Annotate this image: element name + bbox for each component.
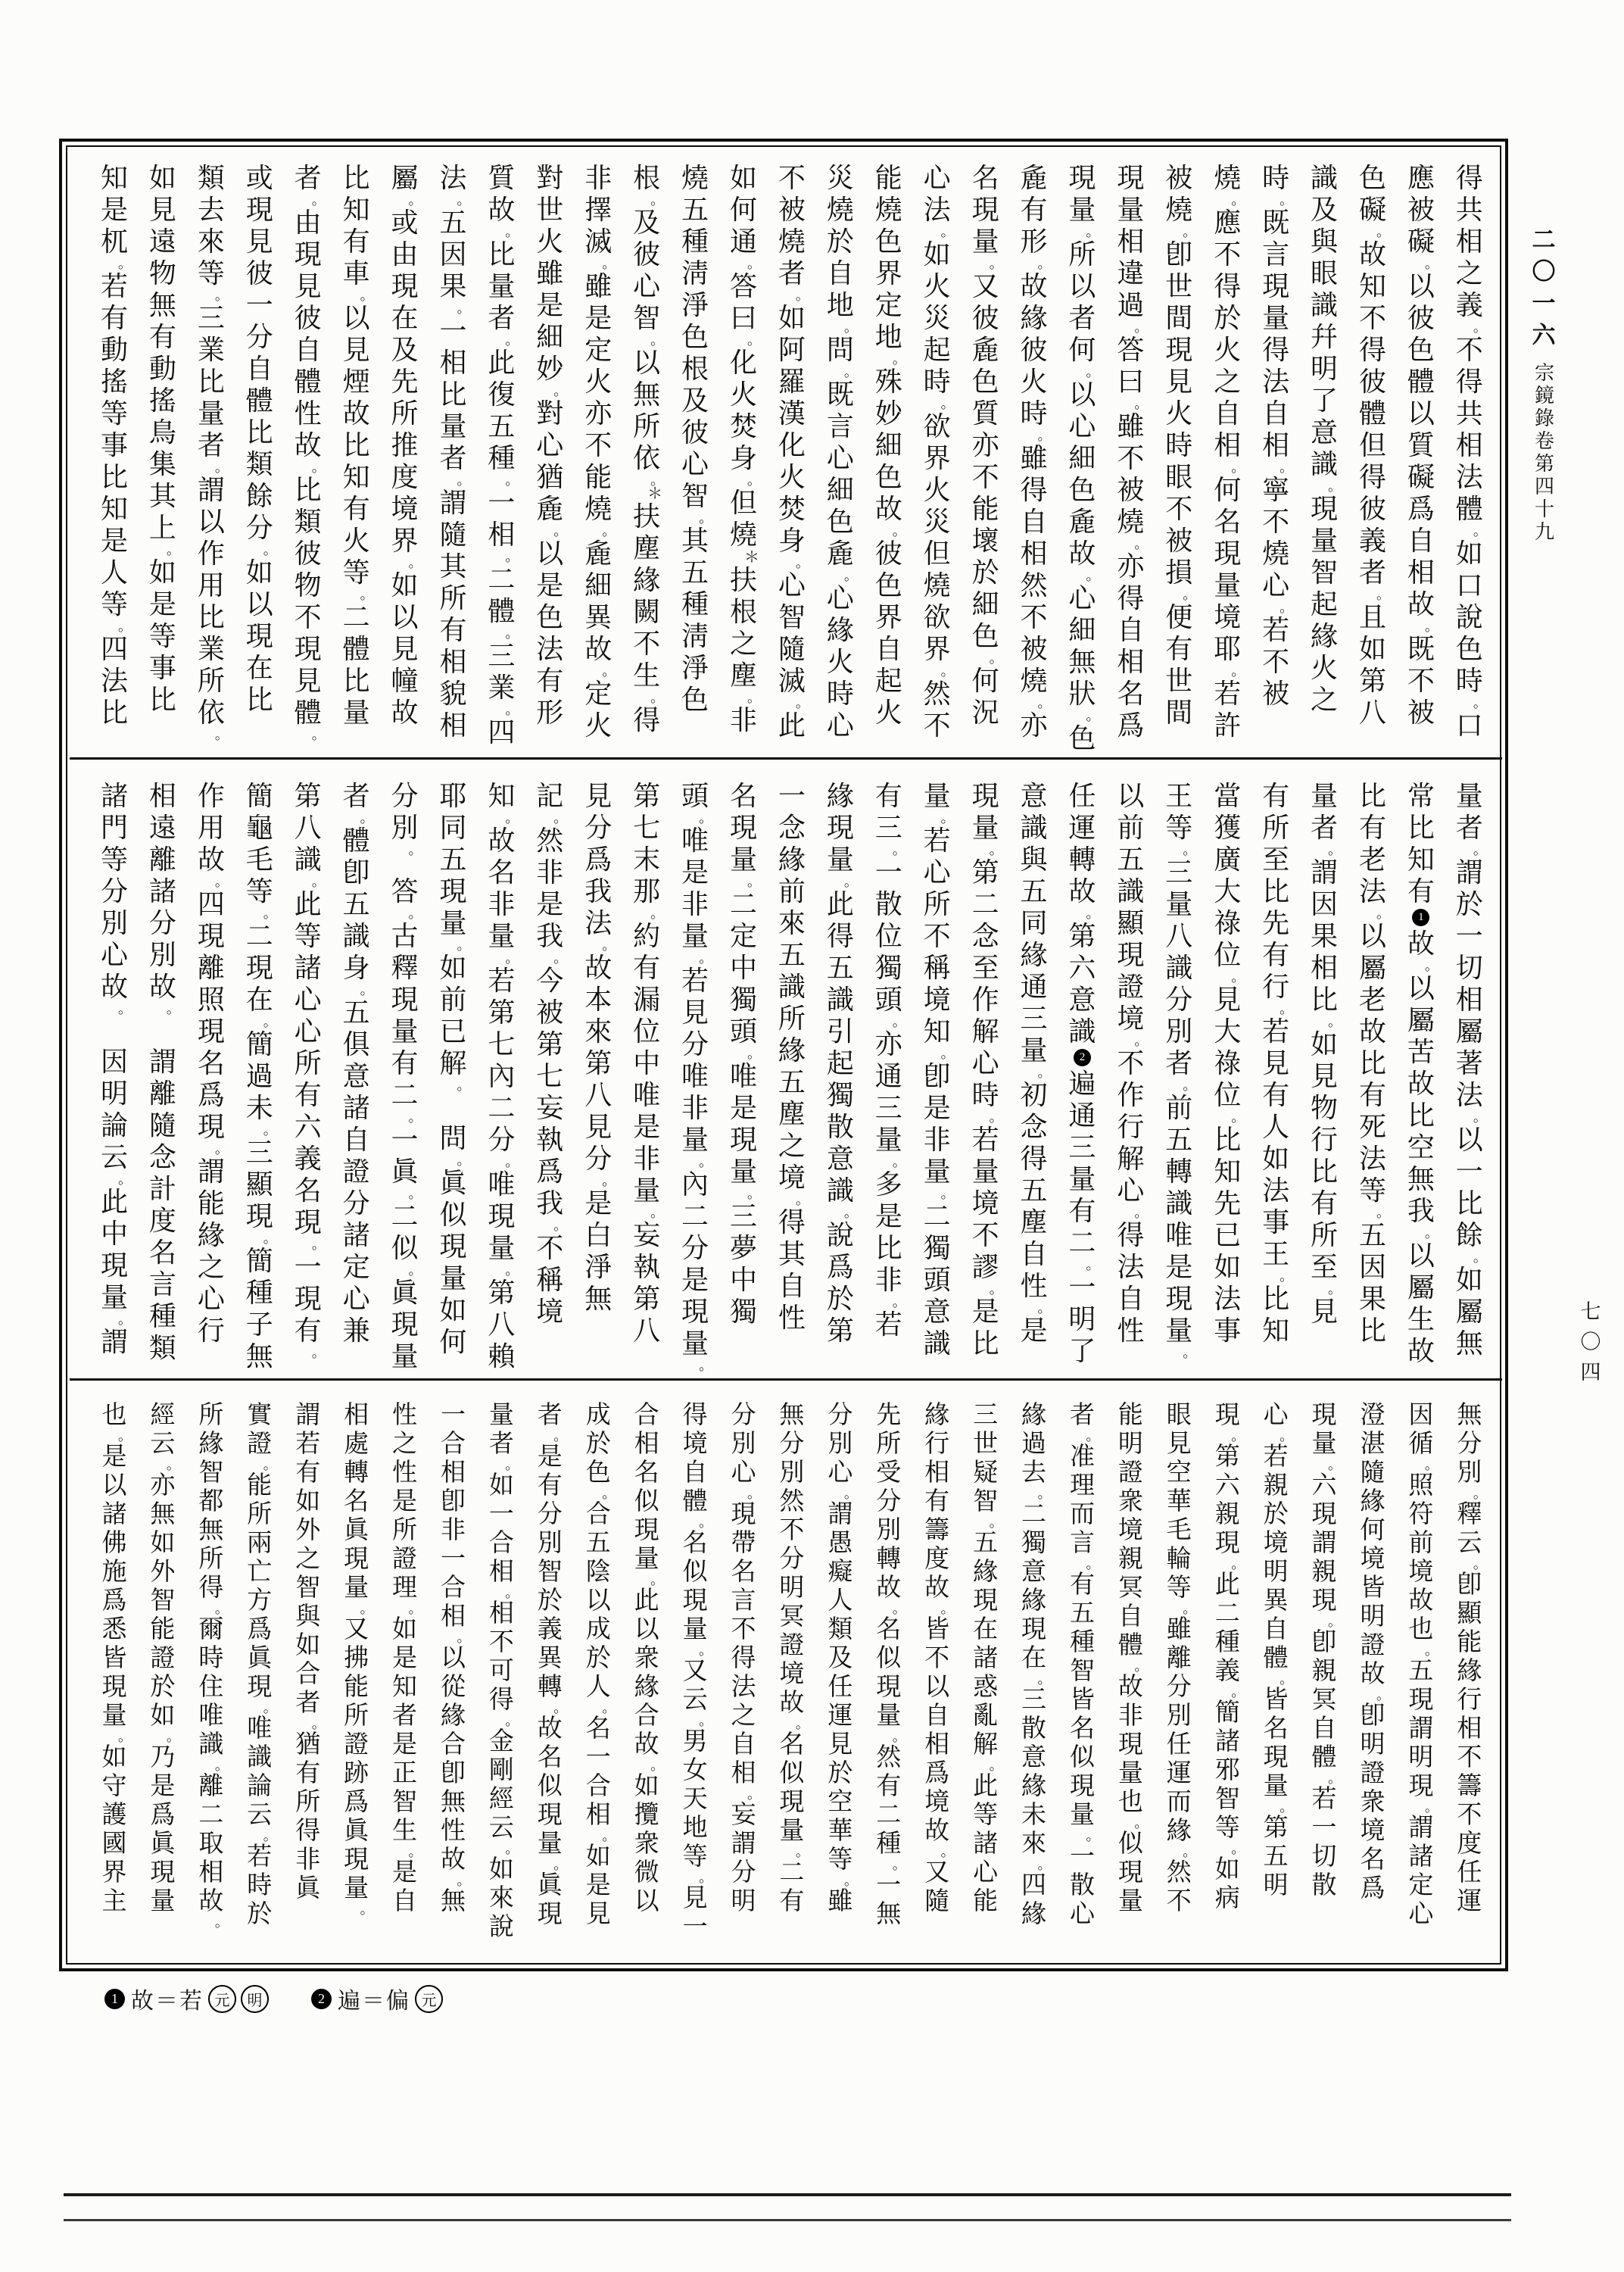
glyph: 能 (872, 162, 906, 194)
glyph: 散 (1308, 1871, 1341, 1900)
glyph: 自 (921, 1702, 954, 1731)
glyph: 細 (1065, 442, 1099, 474)
glyph: 燒 (1018, 665, 1051, 697)
glyph: 無 (436, 1887, 469, 1916)
punctuation: 。 (360, 289, 374, 302)
glyph: 是 (388, 1858, 422, 1887)
glyph: 來 (581, 1016, 615, 1047)
footnote-ref-mark: 1 (1412, 909, 1429, 926)
glyph: 量 (1308, 1430, 1341, 1459)
glyph: 見 (1259, 1047, 1292, 1079)
glyph: 若 (243, 1843, 276, 1871)
glyph: 義 (291, 1143, 325, 1175)
punctuation: 。 (312, 1718, 326, 1731)
text-column: 應被礙。以彼色體以質礙爲自相故。既不被 (1398, 162, 1445, 754)
punctuation: 。 (505, 1264, 519, 1277)
glyph: 種 (146, 1300, 179, 1332)
glyph: 其 (436, 551, 469, 582)
punctuation: 。 (1376, 588, 1390, 601)
text-column: 見分爲我法。故本來第八見分。是白淨無 (575, 780, 622, 1372)
glyph: 化 (775, 429, 809, 461)
glyph: 燒 (727, 519, 760, 551)
glyph: 現 (388, 1309, 422, 1340)
glyph: 籌 (1453, 1772, 1486, 1801)
glyph: 如 (388, 570, 422, 601)
text-column: 如見遠物無有動搖鳥集其上。如是等事比 (139, 162, 186, 754)
glyph: 於 (1453, 888, 1486, 920)
glyph: 有 (98, 302, 131, 334)
glyph: 此 (775, 710, 809, 741)
text-column: 如何通。答曰。化火焚身。但燒＊扶根之塵。非 (720, 162, 767, 754)
glyph: 境 (1404, 1558, 1438, 1587)
glyph: 業 (195, 334, 228, 366)
glyph: 火 (921, 270, 954, 302)
glyph: 合 (436, 1574, 469, 1603)
register-divider-rule (70, 1378, 1502, 1381)
glyph: 自 (1404, 525, 1438, 557)
glyph: 云 (1453, 1529, 1486, 1558)
glyph: 五 (969, 1529, 1002, 1558)
glyph: 七 (533, 1060, 566, 1092)
glyph: 色 (969, 620, 1002, 652)
glyph: 塵 (1018, 1206, 1051, 1238)
glyph: 用 (195, 812, 228, 844)
glyph: 一 (872, 857, 906, 888)
glyph: 八 (485, 1309, 518, 1340)
glyph: 心 (1065, 410, 1099, 442)
text-column: 比有老法。以屬老故比有死法等。五因果比 (1349, 780, 1396, 1372)
glyph: 爲 (1356, 1874, 1389, 1903)
glyph: 非 (678, 1092, 712, 1124)
glyph: 有 (1356, 1079, 1389, 1111)
glyph: 比 (436, 379, 469, 410)
glyph: 意 (1308, 417, 1341, 448)
punctuation: 。 (1134, 1035, 1148, 1047)
punctuation: 。 (990, 844, 1003, 857)
glyph: 運 (1162, 1759, 1195, 1788)
glyph: 現 (1114, 162, 1147, 194)
glyph: 災 (921, 302, 954, 334)
glyph: 二 (775, 1858, 809, 1887)
punctuation: 。 (1473, 1111, 1487, 1124)
glyph: 麁 (824, 538, 857, 570)
glyph: 空 (1404, 1131, 1438, 1163)
glyph: 第 (485, 1277, 518, 1309)
text-column: 得共相之義。不得共相法體。如口說色時。口 (1446, 162, 1493, 754)
glyph: 量 (1259, 302, 1292, 334)
punctuation: 。 (360, 1603, 374, 1615)
glyph: 籌 (921, 1516, 954, 1545)
glyph: 謂 (195, 1156, 228, 1187)
punctuation: 。 (990, 1283, 1003, 1296)
punctuation: 。 (409, 194, 422, 207)
glyph: 謂 (195, 474, 228, 506)
glyph: 搖 (98, 366, 131, 398)
glyph: 一 (775, 780, 809, 812)
glyph: 來 (1018, 1830, 1051, 1858)
glyph: 二 (872, 1801, 906, 1830)
glyph: 受 (872, 1459, 906, 1487)
glyph: 三 (1162, 857, 1195, 888)
glyph: 無 (436, 1788, 469, 1817)
glyph: 色 (824, 506, 857, 538)
glyph: 復 (485, 379, 518, 410)
glyph: 現 (1065, 1772, 1099, 1801)
glyph: 分 (678, 1232, 712, 1264)
punctuation: 。 (553, 1219, 567, 1232)
glyph: 自 (1259, 398, 1292, 429)
glyph: 是 (98, 194, 131, 226)
footnote-item: 2遍＝偏元 (311, 1982, 443, 2015)
text-column: 心。若親於境明異自體。皆名現量。第五明 (1252, 1401, 1299, 1943)
glyph: 一 (291, 1251, 325, 1283)
glyph: 獨 (824, 1079, 857, 1111)
glyph: 皆 (1065, 1686, 1099, 1715)
glyph: 云 (146, 1430, 179, 1459)
glyph: 見 (1162, 366, 1195, 398)
glyph: 分 (243, 512, 276, 544)
glyph: 現 (388, 270, 422, 302)
glyph: 被 (1162, 525, 1195, 557)
glyph: 一 (1308, 1814, 1341, 1843)
glyph: 隨 (146, 1109, 179, 1141)
glyph: 自 (291, 334, 325, 366)
glyph: 親 (1259, 1471, 1292, 1500)
glyph: 爾 (195, 1615, 228, 1644)
glyph: 三 (1065, 1131, 1099, 1163)
glyph: 煙 (340, 366, 373, 398)
glyph: 無 (1453, 1328, 1486, 1359)
glyph: 所 (195, 1401, 228, 1430)
glyph: 世 (533, 194, 566, 226)
glyph: 合 (291, 1660, 325, 1689)
text-column: 能明證衆境親冥自體。故非現量也。似現量 (1107, 1401, 1154, 1943)
glyph: 於 (243, 1900, 276, 1929)
glyph: 量 (1065, 1163, 1099, 1195)
glyph: 體 (340, 633, 373, 665)
glyph: 種 (1065, 1628, 1099, 1657)
glyph: 分 (533, 1500, 566, 1529)
glyph: 循 (1404, 1430, 1438, 1459)
glyph: 火 (1211, 334, 1244, 366)
glyph: 皆 (921, 1615, 954, 1644)
text-column: 分別心。謂愚癡人類及任運見於空華等。雖 (817, 1401, 864, 1943)
glyph: 緣 (1162, 1817, 1195, 1846)
glyph: 執 (533, 1124, 566, 1156)
glyph: 合 (630, 1401, 663, 1430)
glyph: 及 (630, 207, 663, 239)
glyph: 時 (195, 1644, 228, 1673)
glyph: 能 (1114, 1401, 1147, 1430)
glyph: 欲 (921, 601, 954, 633)
glyph: 不 (1356, 302, 1389, 334)
glyph: 祿 (1211, 1047, 1244, 1079)
punctuation: 。 (505, 704, 519, 716)
glyph: 一 (678, 1913, 712, 1942)
glyph: 以 (436, 1644, 469, 1673)
glyph: 守 (98, 1772, 131, 1801)
glyph: 心 (1259, 1401, 1292, 1430)
glyph: 外 (146, 1558, 179, 1587)
text-column: 也。是以諸佛施爲悉皆現量。如守護國界主 (91, 1401, 138, 1943)
glyph: 八 (581, 1079, 615, 1111)
glyph: 又 (340, 1615, 373, 1644)
glyph: 先 (388, 366, 422, 398)
glyph: 如 (436, 952, 469, 984)
glyph: 心 (291, 984, 325, 1016)
glyph: 不 (1162, 1887, 1195, 1916)
glyph: 卽 (1453, 1571, 1486, 1599)
glyph: 是 (146, 1772, 179, 1801)
glyph: 言 (1259, 239, 1292, 270)
glyph: 等 (243, 875, 276, 907)
glyph: 亡 (243, 1558, 276, 1587)
glyph: 現 (630, 1516, 663, 1545)
glyph: 意 (1018, 1743, 1051, 1772)
glyph: 是 (678, 857, 712, 888)
punctuation: 。 (1280, 601, 1293, 614)
glyph: 亦 (1018, 710, 1051, 741)
glyph: 故 (581, 952, 615, 984)
glyph: 皆 (1356, 1574, 1389, 1603)
glyph: 心 (921, 857, 954, 888)
glyph: 名 (340, 1487, 373, 1516)
glyph: 量 (727, 1156, 760, 1187)
glyph: 能 (340, 1673, 373, 1702)
punctuation: 。 (167, 544, 180, 557)
glyph: 乃 (146, 1743, 179, 1772)
glyph: 境 (1211, 601, 1244, 633)
glyph: 境 (969, 1187, 1002, 1219)
glyph: 諸 (969, 1830, 1002, 1858)
glyph: 三 (243, 1137, 276, 1169)
glyph: 於 (824, 1759, 857, 1788)
glyph: 被 (1018, 633, 1051, 665)
glyph: 不 (1162, 493, 1195, 525)
punctuation: 。 (1328, 480, 1342, 493)
punctuation: 。 (1183, 588, 1196, 601)
glyph: 類 (824, 1615, 857, 1644)
glyph: 比 (1356, 780, 1389, 812)
glyph: 不 (921, 920, 954, 952)
glyph: 物 (291, 570, 325, 601)
glyph: 識 (1162, 952, 1195, 984)
collation-star-mark: ＊ (647, 487, 662, 501)
glyph: 也 (1404, 1615, 1438, 1644)
glyph: 現 (533, 1801, 566, 1830)
punctuation: 。 (1473, 697, 1487, 710)
glyph: 如 (921, 239, 954, 270)
glyph: 兩 (243, 1529, 276, 1558)
glyph: 緣 (195, 1219, 228, 1251)
text-column: 識及與眼識幷明了意識。現量智起緣火之 (1301, 162, 1348, 754)
glyph: 合 (436, 1731, 469, 1759)
glyph: 二 (340, 601, 373, 633)
glyph: 亦 (872, 1028, 906, 1060)
punctuation: 。 (1134, 1206, 1148, 1219)
glyph: 施 (98, 1558, 131, 1587)
glyph: 現 (1114, 1731, 1147, 1759)
glyph: 種 (678, 226, 712, 257)
text-column: 當獲廣大祿位。見大祿位。比知先已如法事 (1204, 780, 1251, 1372)
punctuation: 。 (1328, 1459, 1342, 1471)
glyph: 不 (1404, 665, 1438, 697)
glyph: 七 (485, 1028, 518, 1060)
glyph: 對 (533, 398, 566, 429)
glyph: 故 (1114, 1673, 1147, 1702)
glyph: 二 (727, 888, 760, 920)
glyph: 有 (1404, 875, 1438, 907)
glyph: 我 (581, 875, 615, 907)
punctuation: 。 (312, 461, 326, 474)
glyph: 隨 (921, 1887, 954, 1916)
glyph: 不 (533, 1232, 566, 1264)
glyph: 形 (533, 697, 566, 729)
glyph: 未 (243, 1092, 276, 1124)
glyph: 不 (630, 628, 663, 660)
punctuation: 。 (941, 226, 955, 239)
glyph: 謂 (1404, 1715, 1438, 1743)
glyph: 色 (1404, 334, 1438, 366)
glyph: 相 (1308, 952, 1341, 984)
glyph: 遠 (146, 226, 179, 257)
glyph: 作 (969, 984, 1002, 1016)
glyph: 之 (775, 1130, 809, 1162)
glyph: 是 (533, 289, 566, 321)
punctuation: 。 (167, 1003, 180, 1016)
glyph: 類 (146, 1332, 179, 1364)
glyph: 知 (921, 1016, 954, 1047)
glyph: 惑 (969, 1673, 1002, 1702)
glyph: 類 (243, 448, 276, 480)
glyph: 明 (1308, 353, 1341, 385)
glyph: 不 (291, 601, 325, 633)
glyph: 至 (1259, 844, 1292, 875)
glyph: 火 (581, 710, 615, 741)
glyph: 主 (98, 1887, 131, 1916)
glyph: 名 (581, 1715, 615, 1743)
glyph: 三 (872, 812, 906, 844)
glyph: 分 (1162, 1673, 1195, 1702)
glyph: 緣 (630, 1673, 663, 1702)
glyph: 符 (1404, 1500, 1438, 1529)
text-column: 先所受分別轉故。名似現量。然有二種。一無 (865, 1401, 912, 1943)
glyph: 時 (1259, 162, 1292, 194)
glyph: 心 (921, 162, 954, 194)
glyph: 色 (872, 226, 906, 257)
glyph: 礙 (1404, 461, 1438, 493)
glyph: 量 (1308, 780, 1341, 812)
glyph: 故 (195, 844, 228, 875)
text-column: 色礙。故知不得彼體但得彼義者。且如第八 (1349, 162, 1396, 754)
glyph: 名 (533, 1743, 566, 1772)
glyph: 名 (291, 1175, 325, 1206)
glyph: 五 (1114, 844, 1147, 875)
glyph: 因 (436, 239, 469, 270)
glyph: 別 (1453, 1459, 1486, 1487)
punctuation: 。 (1086, 1558, 1099, 1571)
glyph: 諸 (98, 1500, 131, 1529)
punctuation: 。 (1086, 366, 1099, 379)
glyph: 境 (1114, 1516, 1147, 1545)
middle-register: 量者。謂於一切相屬著法。以一比餘。如屬無常比知有1故。以屬苦故比空無我。以屬生故… (91, 780, 1493, 1372)
glyph: 幷 (1308, 321, 1341, 353)
glyph: 如 (485, 1471, 518, 1500)
punctuation: 。 (1280, 1430, 1293, 1443)
punctuation: 。 (457, 1874, 470, 1887)
glyph: 是 (581, 302, 615, 334)
text-column: 現量相違過。答曰。雖不被燒。亦得自相名爲 (1107, 162, 1154, 754)
glyph: 第 (1526, 453, 1563, 476)
glyph: 衆 (1356, 1788, 1389, 1817)
glyph: 彼 (630, 239, 663, 270)
glyph: 然 (1018, 570, 1051, 601)
glyph: 是 (146, 588, 179, 620)
glyph: 體 (1308, 1743, 1341, 1772)
glyph: 相 (485, 519, 518, 551)
glyph: 似 (775, 1759, 809, 1788)
glyph: 是 (533, 570, 566, 601)
glyph: 諸 (146, 875, 179, 907)
glyph: 被 (1404, 697, 1438, 729)
glyph: 及 (1308, 194, 1341, 226)
glyph: 行 (1114, 1111, 1147, 1143)
glyph: 等 (1162, 812, 1195, 844)
glyph: 此 (1211, 1571, 1244, 1599)
glyph: 識 (824, 1175, 857, 1206)
glyph: 自 (1114, 1283, 1147, 1315)
glyph: 現 (98, 1673, 131, 1702)
glyph: 獨 (727, 984, 760, 1016)
glyph: 位 (1211, 1079, 1244, 1111)
glyph: 等 (1356, 1175, 1389, 1206)
glyph: 五 (775, 1066, 809, 1098)
glyph: 不 (969, 461, 1002, 493)
glyph: 色 (872, 461, 906, 493)
glyph: 言 (727, 1587, 760, 1615)
glyph: 執 (630, 1251, 663, 1283)
glyph: 任 (1453, 1858, 1486, 1887)
glyph: 現 (678, 1587, 712, 1615)
glyph: 火 (533, 226, 566, 257)
punctuation: 。 (650, 907, 664, 920)
glyph: 被 (533, 997, 566, 1028)
glyph: 獨 (1018, 1529, 1051, 1558)
glyph: 中 (98, 1218, 131, 1250)
glyph: 細 (1065, 614, 1099, 646)
glyph: 量 (1065, 194, 1099, 226)
glyph: 五 (678, 557, 712, 588)
glyph: 比 (243, 684, 276, 716)
text-column: 有所至比先有行。若見有人如法事王。比知 (1252, 780, 1299, 1372)
glyph: 別 (388, 812, 422, 844)
punctuation: 。 (1231, 1430, 1245, 1443)
glyph: 問 (824, 334, 857, 366)
glyph: 類 (291, 506, 325, 538)
glyph: 能 (195, 1187, 228, 1219)
glyph: 見 (824, 1731, 857, 1759)
glyph: 之 (727, 628, 760, 660)
punctuation: 。 (1183, 844, 1196, 857)
punctuation: 。 (1086, 226, 1099, 239)
apparatus-footnotes: 1故＝若元明2遍＝偏元 (104, 1981, 485, 2016)
glyph: 名 (969, 162, 1002, 194)
glyph: 現 (1018, 1615, 1051, 1644)
glyph: 違 (1114, 257, 1147, 289)
glyph: 唯 (727, 1060, 760, 1092)
glyph: 境 (1259, 1529, 1292, 1558)
glyph: 運 (824, 1702, 857, 1731)
